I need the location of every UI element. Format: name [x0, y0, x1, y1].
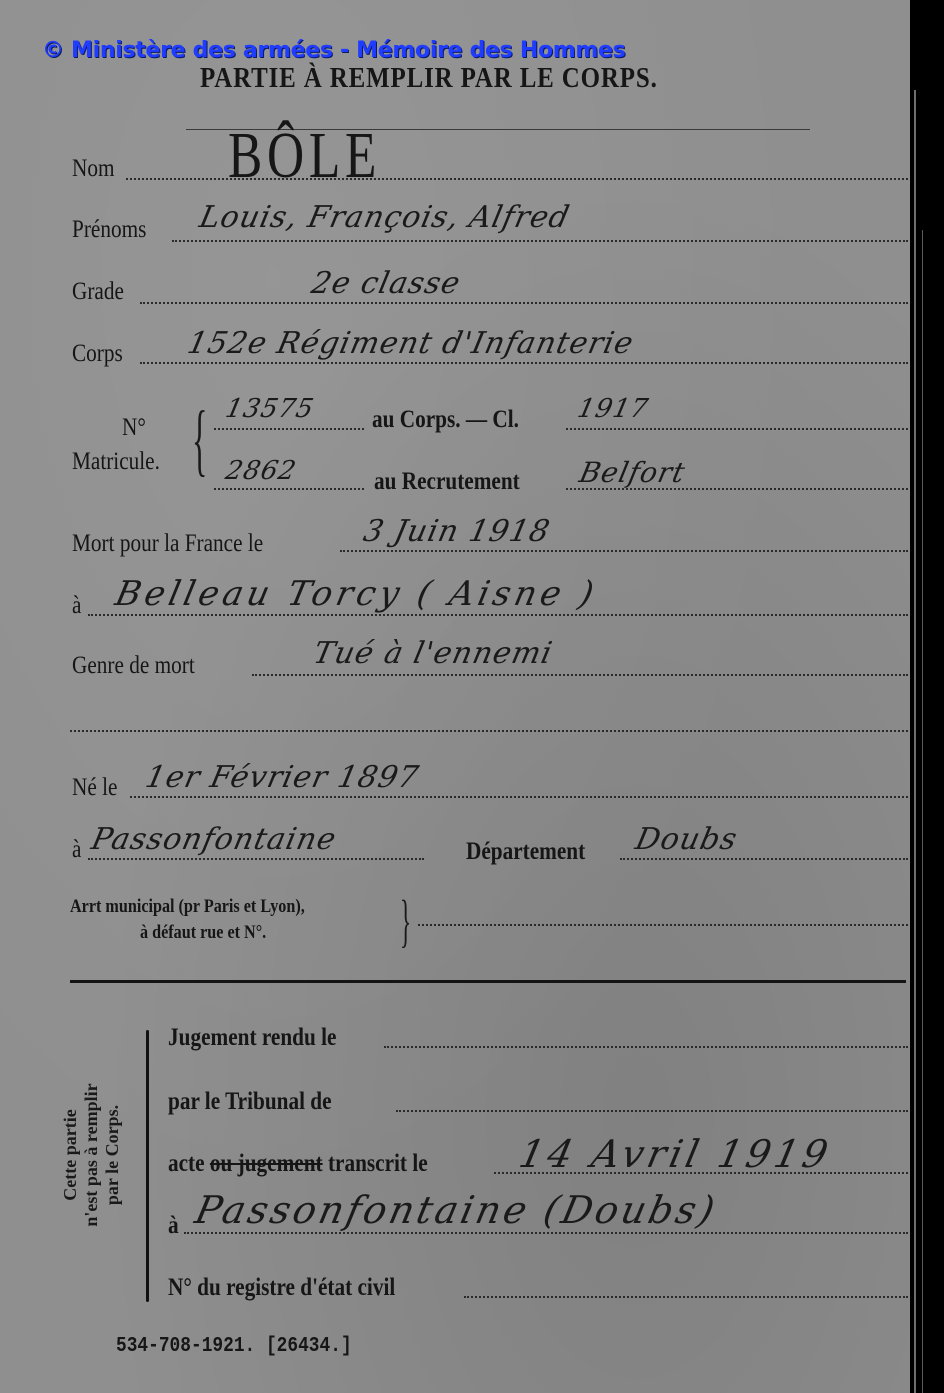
death-record-card: © Ministère des armées - Mémoire des Hom…	[0, 0, 910, 1393]
card-edge-line-2	[922, 230, 923, 1393]
prenoms-dotted-line	[172, 240, 908, 242]
matricule-label: Matricule.	[72, 448, 160, 476]
side-note-line-1: Cette partie	[60, 1055, 81, 1255]
grade-value: 2e classe	[308, 266, 464, 301]
card-edge-line	[914, 90, 916, 1393]
acte-label-struck: ou jugement	[210, 1150, 323, 1177]
acte-lieu-label: à	[168, 1212, 179, 1240]
acte-label-suffix: transcrit le	[328, 1150, 428, 1177]
ne-a-dotted-line	[88, 858, 424, 860]
mort-le-dotted-line	[340, 550, 908, 552]
ne-le-dotted-line	[130, 796, 908, 798]
registre-label: N° du registre d'état civil	[168, 1274, 395, 1302]
grade-dotted-line	[140, 302, 908, 304]
acte-lieu-value: Passonfontaine (Doubs)	[191, 1188, 721, 1232]
prenoms-label: Prénoms	[72, 216, 146, 244]
recrutement-value: Belfort	[576, 456, 688, 489]
corps-value: 152e Régiment d'Infanterie	[184, 326, 637, 361]
grade-label: Grade	[72, 278, 124, 306]
side-note-line-3: par le Corps.	[102, 1055, 123, 1255]
tribunal-label: par le Tribunal de	[168, 1088, 332, 1116]
arrondissement-brace: }	[400, 892, 411, 950]
page-title: PARTIE À REMPLIR PAR LE CORPS.	[200, 62, 658, 95]
blank-dotted-line	[70, 730, 908, 732]
jugement-dotted-line	[384, 1046, 908, 1048]
ne-le-label: Né le	[72, 774, 117, 802]
jugement-label: Jugement rendu le	[168, 1024, 336, 1052]
mort-a-label: à	[72, 592, 81, 620]
acte-lieu-dotted-line	[184, 1232, 908, 1234]
side-bracket	[146, 1030, 149, 1302]
section-divider	[70, 980, 906, 983]
side-note: Cette partie n'est pas à remplir par le …	[60, 1055, 123, 1255]
print-code: 534-708-1921. [26434.]	[116, 1335, 352, 1358]
au-recrutement-label: au Recrutement	[374, 468, 520, 496]
ne-a-value: Passonfontaine	[88, 822, 339, 857]
acte-value: 14 Avril 1919	[515, 1132, 835, 1176]
matricule-label-no: N°	[122, 414, 146, 442]
matricule-brace: {	[192, 400, 207, 480]
nom-label: Nom	[72, 155, 115, 183]
mort-a-dotted-line	[88, 614, 908, 616]
mort-le-value: 3 Juin 1918	[360, 514, 553, 549]
arrondissement-label: Arrt municipal (pr Paris et Lyon),	[70, 896, 305, 918]
side-note-line-2: n'est pas à remplir	[81, 1055, 102, 1255]
recrutement-number-dotted-line	[214, 488, 364, 490]
classe-dotted-line	[566, 428, 908, 430]
prenoms-value: Louis, François, Alfred	[196, 200, 573, 235]
au-corps-label: au Corps. — Cl.	[372, 406, 519, 434]
acte-label-prefix: acte	[168, 1150, 205, 1177]
departement-value: Doubs	[632, 822, 740, 857]
copyright-watermark: © Ministère des armées - Mémoire des Hom…	[42, 38, 625, 63]
arrondissement-sublabel: à défaut rue et N°.	[140, 922, 266, 944]
corps-number-dotted-line	[214, 428, 364, 430]
genre-mort-dotted-line	[252, 674, 908, 676]
genre-mort-value: Tué à l'ennemi	[310, 636, 556, 671]
arrondissement-dotted-line	[418, 924, 908, 926]
recrutement-number-value: 2862	[223, 456, 300, 486]
acte-label: acte ou jugement transcrit le	[168, 1150, 428, 1178]
corps-label: Corps	[72, 340, 123, 368]
departement-label: Département	[466, 838, 585, 866]
registre-dotted-line	[464, 1296, 908, 1298]
genre-mort-label: Genre de mort	[72, 652, 195, 680]
classe-value: 1917	[575, 394, 652, 424]
departement-dotted-line	[620, 858, 908, 860]
corps-number-value: 13575	[223, 394, 317, 424]
tribunal-dotted-line	[396, 1110, 908, 1112]
mort-a-value: Belleau Torcy ( Aisne )	[112, 574, 601, 614]
corps-dotted-line	[140, 362, 908, 364]
mort-le-label: Mort pour la France le	[72, 530, 263, 558]
ne-le-value: 1er Février 1897	[142, 760, 422, 795]
nom-value: BÔLE	[228, 118, 381, 194]
ne-a-label: à	[72, 836, 81, 864]
